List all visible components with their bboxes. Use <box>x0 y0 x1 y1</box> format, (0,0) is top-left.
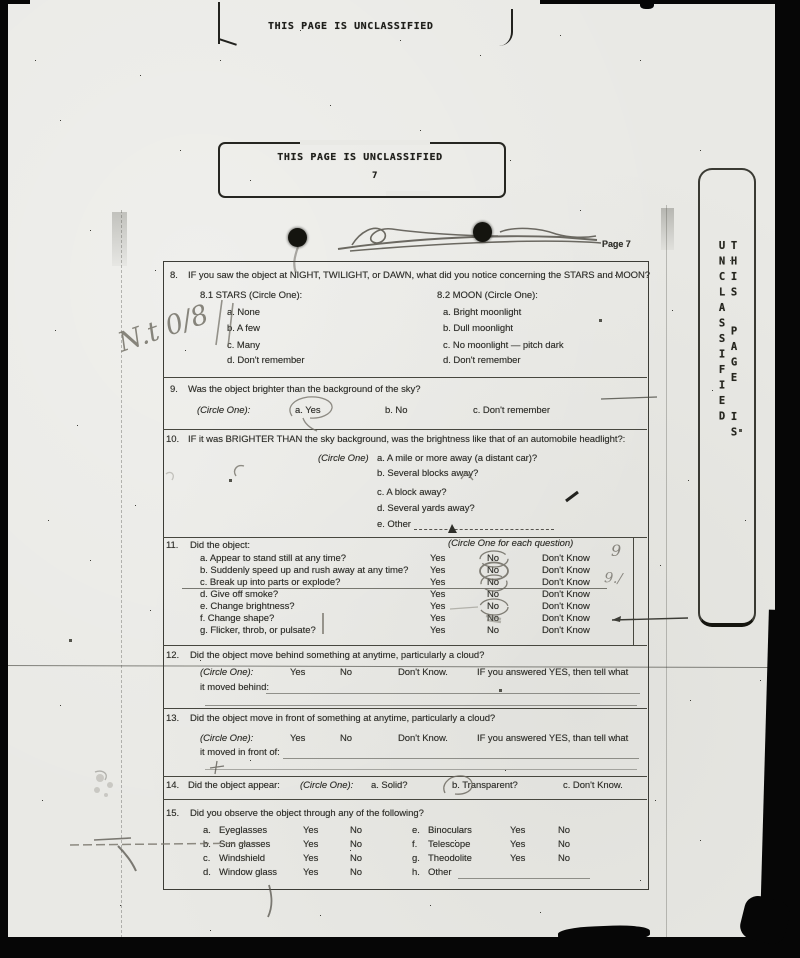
q15-c-label: Windshield <box>219 853 265 865</box>
q15-g-letter: g. <box>412 853 420 865</box>
boxed-stamp-outline-gap-bottom <box>386 191 430 196</box>
q14-text: Did the object appear: <box>188 780 280 792</box>
q12-no: No <box>340 667 352 679</box>
q8-stars-option-a: a. None <box>227 307 260 319</box>
q11-row-b-label: b. Suddenly speed up and rush away at an… <box>200 565 408 577</box>
q11-row-e-label: e. Change brightness? <box>200 601 295 613</box>
q9-circle-one-label: (Circle One): <box>197 405 250 417</box>
q11-row-b-dont-know: Don't Know <box>542 565 590 577</box>
q10-option-d: d. Several yards away? <box>377 503 475 515</box>
q13-yes: Yes <box>290 733 305 745</box>
q15-d-no: No <box>350 867 362 879</box>
boxed-unclassified-stamp: THIS PAGE IS UNCLASSIFIED <box>218 152 502 163</box>
q12-text: Did the object move behind something at … <box>190 650 484 662</box>
right-crease-smudge <box>661 208 674 250</box>
q8-moon-option-a: a. Bright moonlight <box>443 307 521 319</box>
q8-stars-heading: 8.1 STARS (Circle One): <box>200 290 302 302</box>
top-stamp-bracket-right <box>485 9 513 46</box>
q11-row-e-no: No <box>487 601 499 613</box>
q11-circle-one-label: (Circle One for each question) <box>448 538 573 550</box>
q14-number: 14. <box>166 780 179 792</box>
q15-c-letter: c. <box>203 853 210 865</box>
q11-row-b-no: No <box>487 565 499 577</box>
top-unclassified-stamp: THIS PAGE IS UNCLASSIFIED <box>268 21 434 32</box>
q14-circle-one-label: (Circle One): <box>300 780 353 792</box>
q11-inner-right-line <box>633 538 634 645</box>
q12-number: 12. <box>166 650 179 662</box>
q15-g-yes: Yes <box>510 853 525 865</box>
q13-blank-line-1 <box>283 758 639 759</box>
q11-row-g-yes: Yes <box>430 625 445 637</box>
q13-circle-one-label: (Circle One): <box>200 733 253 745</box>
q15-a-letter: a. <box>203 825 211 837</box>
q11-row-b-yes: Yes <box>430 565 445 577</box>
q13-dont-know: Don't Know. <box>398 733 448 745</box>
q11-row-e-yes: Yes <box>430 601 445 613</box>
q14-option-solid: a. Solid? <box>371 780 408 792</box>
q12-blank-line-1 <box>266 693 640 694</box>
q9-option-no: b. No <box>385 405 407 417</box>
q11-row-a-dont-know: Don't Know <box>542 553 590 565</box>
q11-row-f-yes: Yes <box>430 613 445 625</box>
q15-f-letter: f. <box>412 839 417 851</box>
q12-tail-text: IF you answered YES, then tell what <box>477 667 628 679</box>
q11-row-d-dont-know: Don't Know <box>542 589 590 601</box>
q11-row-c-yes: Yes <box>430 577 445 589</box>
q9-text: Was the object brighter than the backgro… <box>188 384 420 396</box>
q15-b-letter: b. <box>203 839 211 851</box>
q12-lead-text: it moved behind: <box>200 682 269 694</box>
q8-stars-option-c: c. Many <box>227 340 260 352</box>
q8-moon-option-d: d. Don't remember <box>443 355 521 367</box>
scan-edge-left <box>0 0 8 958</box>
form-divider <box>163 537 647 538</box>
q11-row-a-label: a. Appear to stand still at any time? <box>200 553 346 565</box>
scanned-document-page: THIS PAGE IS UNCLASSIFIED THIS PAGE IS U… <box>0 0 800 958</box>
q8-number: 8. <box>170 270 178 282</box>
q15-e-no: No <box>558 825 570 837</box>
q10-option-a: a. A mile or more away (a distant car)? <box>377 453 537 465</box>
q15-b-no: No <box>350 839 362 851</box>
q13-tail-text: IF you answered YES, than tell what <box>477 733 628 745</box>
q15-number: 15. <box>166 808 179 820</box>
q12-dont-know: Don't Know. <box>398 667 448 679</box>
q15-e-yes: Yes <box>510 825 525 837</box>
q13-number: 13. <box>166 713 179 725</box>
left-fold-crease <box>121 210 122 938</box>
right-fold-crease <box>666 205 667 938</box>
q10-number: 10. <box>166 434 179 446</box>
q15-h-letter: h. <box>412 867 420 879</box>
q9-number: 9. <box>170 384 178 396</box>
q13-lead-text: it moved in front of: <box>200 747 280 759</box>
q13-text: Did the object move in front of somethin… <box>190 713 495 725</box>
page-number-label: Page 7 <box>602 238 631 250</box>
hole-punch-right <box>473 222 492 242</box>
scan-edge-top-right <box>540 0 800 4</box>
q11-row-a-yes: Yes <box>430 553 445 565</box>
q11-number: 11. <box>166 540 178 552</box>
q8-moon-heading: 8.2 MOON (Circle One): <box>437 290 538 302</box>
form-divider <box>163 708 647 709</box>
side-unclassified-stamp: THIS PAGE IS UNCLASSIFIED <box>716 240 740 610</box>
q8-moon-option-c: c. No moonlight — pitch dark <box>443 340 564 352</box>
form-divider <box>163 377 647 378</box>
q11-row-a-no: No <box>487 553 499 565</box>
q11-row-e-dont-know: Don't Know <box>542 601 590 613</box>
boxed-stamp-mark: 7 <box>372 171 378 181</box>
q11-row-d-label: d. Give off smoke? <box>200 589 278 601</box>
q15-text: Did you observe the object through any o… <box>190 808 424 820</box>
q15-b-yes: Yes <box>303 839 318 851</box>
q13-blank-line-2 <box>205 769 637 770</box>
q8-text: IF you saw the object at NIGHT, TWILIGHT… <box>188 270 650 282</box>
q15-e-label: Binoculars <box>428 825 472 837</box>
q11-row-d-yes: Yes <box>430 589 445 601</box>
form-divider <box>163 776 647 777</box>
scan-edge-top-right-blob <box>640 0 654 9</box>
scan-edge-top-left <box>0 0 30 4</box>
q11-row-g-dont-know: Don't Know <box>542 625 590 637</box>
q10-option-c: c. A block away? <box>377 487 446 499</box>
hole-punch-left <box>288 228 307 247</box>
q11-row-c-dont-know: Don't Know <box>542 577 590 589</box>
q15-other-blank-line <box>458 878 590 879</box>
q10-option-e: e. Other <box>377 519 411 531</box>
q15-d-yes: Yes <box>303 867 318 879</box>
q15-f-label: Telescope <box>428 839 470 851</box>
q15-g-label: Theodolite <box>428 853 472 865</box>
q15-g-no: No <box>558 853 570 865</box>
q15-a-yes: Yes <box>303 825 318 837</box>
boxed-stamp-outline-gap-top <box>300 140 430 145</box>
form-divider <box>163 429 647 430</box>
q8-moon-option-b: b. Dull moonlight <box>443 323 513 335</box>
q9-option-dont-remember: c. Don't remember <box>473 405 550 417</box>
q11-text: Did the object: <box>190 540 250 552</box>
q14-option-dont-know: c. Don't Know. <box>563 780 623 792</box>
q15-h-label: Other <box>428 867 452 879</box>
q15-c-no: No <box>350 853 362 865</box>
form-divider <box>163 799 647 800</box>
q12-blank-line-2 <box>205 705 637 706</box>
q10-text: IF it was BRIGHTER THAN the sky backgrou… <box>188 434 625 446</box>
q15-d-label: Window glass <box>219 867 277 879</box>
q11-row-f-label: f. Change shape? <box>200 613 274 625</box>
q10-other-blank-line <box>414 522 554 530</box>
q15-d-letter: d. <box>203 867 211 879</box>
q11-row-g-label: g. Flicker, throb, or pulsate? <box>200 625 316 637</box>
q11-row-f-no: No <box>487 613 499 625</box>
q14-option-transparent: b. Transparent? <box>452 780 518 792</box>
q15-a-no: No <box>350 825 362 837</box>
form-divider <box>163 645 647 646</box>
q8-stars-option-d: d. Don't remember <box>227 355 305 367</box>
q15-c-yes: Yes <box>303 853 318 865</box>
q12-circle-one-label: (Circle One): <box>200 667 253 679</box>
q12-yes: Yes <box>290 667 305 679</box>
q11-row-d-no: No <box>487 589 499 601</box>
boxed-stamp-outline <box>218 142 506 198</box>
q9-option-yes: a. Yes <box>295 405 321 417</box>
q11-row-c-label: c. Break up into parts or explode? <box>200 577 340 589</box>
q11-row-f-dont-know: Don't Know <box>542 613 590 625</box>
q8-stars-option-b: b. A few <box>227 323 260 335</box>
q15-f-yes: Yes <box>510 839 525 851</box>
left-crease-smudge <box>112 212 127 266</box>
q13-no: No <box>340 733 352 745</box>
q11-row-c-no: No <box>487 577 499 589</box>
scan-edge-bottom <box>0 937 800 958</box>
q15-a-label: Eyeglasses <box>219 825 267 837</box>
q15-f-no: No <box>558 839 570 851</box>
q10-circle-one-label: (Circle One) <box>318 453 369 465</box>
q15-b-label: Sun glasses <box>219 839 270 851</box>
q10-option-b: b. Several blocks away? <box>377 468 478 480</box>
q11-row-g-no: No <box>487 625 499 637</box>
q15-e-letter: e. <box>412 825 420 837</box>
